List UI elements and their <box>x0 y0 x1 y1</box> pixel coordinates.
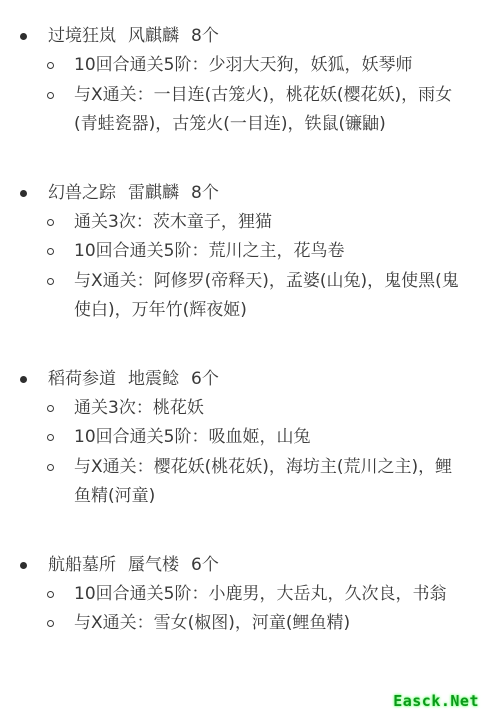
map-group: 航船墓所蜃气楼6个 10回合通关5阶：小鹿男，大岳丸，久次良，书翁 与X通关：雪… <box>0 551 485 639</box>
condition-list: 10回合通关5阶：小鹿男，大岳丸，久次良，书翁 与X通关：雪女(椒图)，河童(鲤… <box>0 580 485 639</box>
map-name: 幻兽之踪 <box>48 183 116 203</box>
list-item: 通关3次：桃花妖 <box>0 394 485 424</box>
map-group: 稻荷参道地震鲶6个 通关3次：桃花妖 10回合通关5阶：吸血姬，山兔 与X通关：… <box>0 365 485 512</box>
condition-text: 与X通关：阿修罗(帝释天)，孟婆(山兔)，鬼使黑(鬼使白)，万年竹(辉夜姬) <box>74 271 459 321</box>
condition-text: 通关3次：茨木童子，狸猫 <box>74 212 272 232</box>
map-name: 过境狂岚 <box>48 26 116 46</box>
list-item: 10回合通关5阶：小鹿男，大岳丸，久次良，书翁 <box>0 580 485 610</box>
group-heading: 稻荷参道地震鲶6个 <box>0 365 485 394</box>
list-item: 与X通关：雪女(椒图)，河童(鲤鱼精) <box>0 609 485 639</box>
reward-count: 6个 <box>191 369 219 389</box>
sub-bullet-icon <box>47 248 54 255</box>
list-item: 10回合通关5阶：荒川之主，花鸟卷 <box>0 237 485 267</box>
condition-text: 与X通关：雪女(椒图)，河童(鲤鱼精) <box>74 613 350 633</box>
condition-text: 与X通关：樱花妖(桃花妖)，海坊主(荒川之主)，鲤鱼精(河童) <box>74 457 452 507</box>
bullet-icon <box>20 33 27 40</box>
bullet-icon <box>20 190 27 197</box>
map-name: 航船墓所 <box>48 555 116 575</box>
sub-bullet-icon <box>47 278 54 285</box>
list-item: 与X通关：阿修罗(帝释天)，孟婆(山兔)，鬼使黑(鬼使白)，万年竹(辉夜姬) <box>0 267 485 326</box>
group-heading: 过境狂岚风麒麟8个 <box>0 22 485 51</box>
condition-text: 10回合通关5阶：荒川之主，花鸟卷 <box>74 241 344 261</box>
map-group: 幻兽之踪雷麒麟8个 通关3次：茨木童子，狸猫 10回合通关5阶：荒川之主，花鸟卷… <box>0 179 485 326</box>
bullet-icon <box>20 376 27 383</box>
document-list: 过境狂岚风麒麟8个 10回合通关5阶：少羽大天狗，妖狐，妖琴师 与X通关：一目连… <box>0 22 485 678</box>
list-item: 与X通关：一目连(古笼火)，桃花妖(樱花妖)，雨女(青蛙瓷器)，古笼火(一目连)… <box>0 81 485 140</box>
list-item: 10回合通关5阶：吸血姬，山兔 <box>0 423 485 453</box>
condition-text: 10回合通关5阶：少羽大天狗，妖狐，妖琴师 <box>74 55 412 75</box>
watermark: Easck.Net <box>393 692 479 710</box>
sub-bullet-icon <box>47 219 54 226</box>
sub-bullet-icon <box>47 620 54 627</box>
condition-text: 10回合通关5阶：吸血姬，山兔 <box>74 427 310 447</box>
condition-text: 10回合通关5阶：小鹿男，大岳丸，久次良，书翁 <box>74 584 446 604</box>
list-item: 与X通关：樱花妖(桃花妖)，海坊主(荒川之主)，鲤鱼精(河童) <box>0 453 485 512</box>
sub-bullet-icon <box>47 92 54 99</box>
sub-bullet-icon <box>47 434 54 441</box>
boss-name: 地震鲶 <box>128 369 179 389</box>
condition-list: 通关3次：桃花妖 10回合通关5阶：吸血姬，山兔 与X通关：樱花妖(桃花妖)，海… <box>0 394 485 512</box>
condition-list: 通关3次：茨木童子，狸猫 10回合通关5阶：荒川之主，花鸟卷 与X通关：阿修罗(… <box>0 208 485 326</box>
reward-count: 8个 <box>191 183 219 203</box>
reward-count: 8个 <box>191 26 219 46</box>
condition-list: 10回合通关5阶：少羽大天狗，妖狐，妖琴师 与X通关：一目连(古笼火)，桃花妖(… <box>0 51 485 140</box>
map-name: 稻荷参道 <box>48 369 116 389</box>
list-item: 通关3次：茨木童子，狸猫 <box>0 208 485 238</box>
condition-text: 与X通关：一目连(古笼火)，桃花妖(樱花妖)，雨女(青蛙瓷器)，古笼火(一目连)… <box>74 85 452 135</box>
bullet-icon <box>20 562 27 569</box>
boss-name: 风麒麟 <box>128 26 179 46</box>
sub-bullet-icon <box>47 591 54 598</box>
sub-bullet-icon <box>47 405 54 412</box>
group-heading: 航船墓所蜃气楼6个 <box>0 551 485 580</box>
condition-text: 通关3次：桃花妖 <box>74 398 204 418</box>
boss-name: 蜃气楼 <box>128 555 179 575</box>
list-item: 10回合通关5阶：少羽大天狗，妖狐，妖琴师 <box>0 51 485 81</box>
sub-bullet-icon <box>47 62 54 69</box>
group-heading: 幻兽之踪雷麒麟8个 <box>0 179 485 208</box>
sub-bullet-icon <box>47 464 54 471</box>
map-group: 过境狂岚风麒麟8个 10回合通关5阶：少羽大天狗，妖狐，妖琴师 与X通关：一目连… <box>0 22 485 140</box>
boss-name: 雷麒麟 <box>128 183 179 203</box>
reward-count: 6个 <box>191 555 219 575</box>
